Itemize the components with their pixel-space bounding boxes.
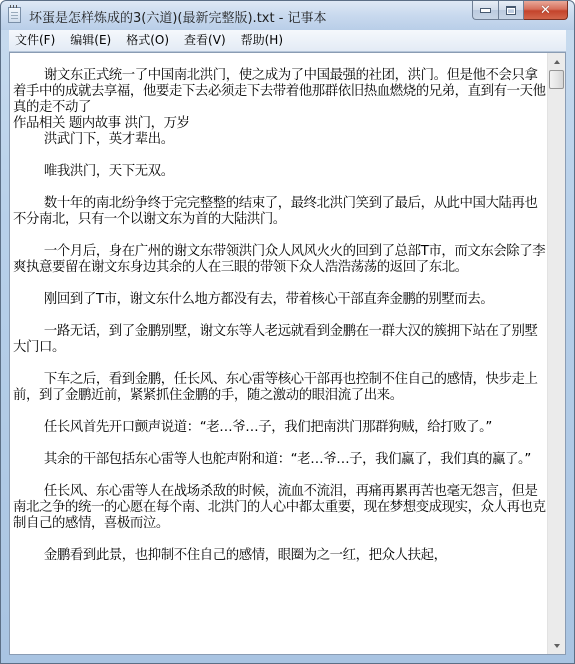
title-bar[interactable]: 坏蛋是怎样炼成的3(六道)(最新完整版).txt - 记事本 ✕	[1, 1, 574, 30]
paragraph: 唯我洪门，天下无双。	[13, 164, 548, 180]
notepad-icon[interactable]	[8, 7, 21, 23]
window-title: 坏蛋是怎样炼成的3(六道)(最新完整版).txt - 记事本	[29, 7, 327, 26]
paragraph: 一路无话，到了金鹏别墅，谢文东等人老远就看到金鹏在一群大汉的簇拥下站在了别墅大门…	[13, 324, 548, 356]
paragraph: 任长风首先开口颤声说道：“老…爷…子，我们把南洪门那群狗贼，给打败了。”	[13, 420, 548, 436]
paragraph: 数十年的南北纷争终于完完整整的结束了，最终北洪门笑到了最后，从此中国大陆再也不分…	[13, 196, 548, 228]
menu-file[interactable]: 文件(F)	[9, 31, 61, 50]
scrollbar-thumb[interactable]	[549, 70, 564, 89]
minimize-button[interactable]	[472, 1, 498, 20]
maximize-icon	[506, 6, 516, 15]
notepad-window: 坏蛋是怎样炼成的3(六道)(最新完整版).txt - 记事本 ✕ 文件(F) 编…	[0, 0, 575, 664]
scroll-up-button[interactable]	[548, 53, 565, 70]
maximize-button[interactable]	[498, 1, 524, 20]
scroll-up-arrow-icon	[554, 60, 560, 64]
scroll-down-arrow-icon	[554, 644, 560, 648]
minimize-icon	[480, 8, 491, 13]
caption-buttons: ✕	[472, 1, 568, 21]
menu-edit[interactable]: 编辑(E)	[64, 31, 117, 50]
paragraph: 金鹏看到此景，也抑制不住自己的感情，眼圈为之一红，把众人扶起，	[13, 548, 548, 564]
text-editor[interactable]: 谢文东正式统一了中国南北洪门，使之成为了中国最强的社团，洪门。但是他不会只拿着手…	[9, 52, 566, 655]
document-text-area[interactable]: 谢文东正式统一了中国南北洪门，使之成为了中国最强的社团，洪门。但是他不会只拿着手…	[10, 53, 548, 654]
close-icon: ✕	[540, 4, 551, 17]
paragraph: 一个月后，身在广州的谢文东带领洪门众人风风火火的回到了总部T市，而文东会除了李爽…	[13, 244, 548, 276]
paragraph: 下车之后，看到金鹏，任长风、东心雷等核心干部再也控制不住自己的感情，快步走上前，…	[13, 372, 548, 404]
scroll-down-button[interactable]	[548, 637, 565, 654]
paragraph: 任长风、东心雷等人在战场杀敌的时候，流血不流泪，再痛再累再苦也毫无怨言，但是南北…	[13, 484, 548, 532]
menu-bar: 文件(F) 编辑(E) 格式(O) 查看(V) 帮助(H)	[9, 30, 566, 52]
menu-view[interactable]: 查看(V)	[178, 31, 232, 50]
menu-format[interactable]: 格式(O)	[120, 31, 175, 50]
paragraph: 谢文东正式统一了中国南北洪门，使之成为了中国最强的社团，洪门。但是他不会只拿着手…	[13, 68, 548, 116]
paragraph: 洪武门下，英才辈出。	[13, 132, 548, 148]
menu-help[interactable]: 帮助(H)	[235, 31, 289, 50]
paragraph: 作品相关 题内故事 洪门，万岁	[13, 116, 548, 132]
vertical-scrollbar[interactable]	[547, 53, 565, 654]
paragraph: 刚回到了T市，谢文东什么地方都没有去，带着核心干部直奔金鹏的别墅而去。	[13, 292, 548, 308]
paragraph: 其余的干部包括东心雷等人也舵声附和道：“老…爷…子，我们赢了，我们真的赢了。”	[13, 452, 548, 468]
close-button[interactable]: ✕	[524, 1, 568, 20]
